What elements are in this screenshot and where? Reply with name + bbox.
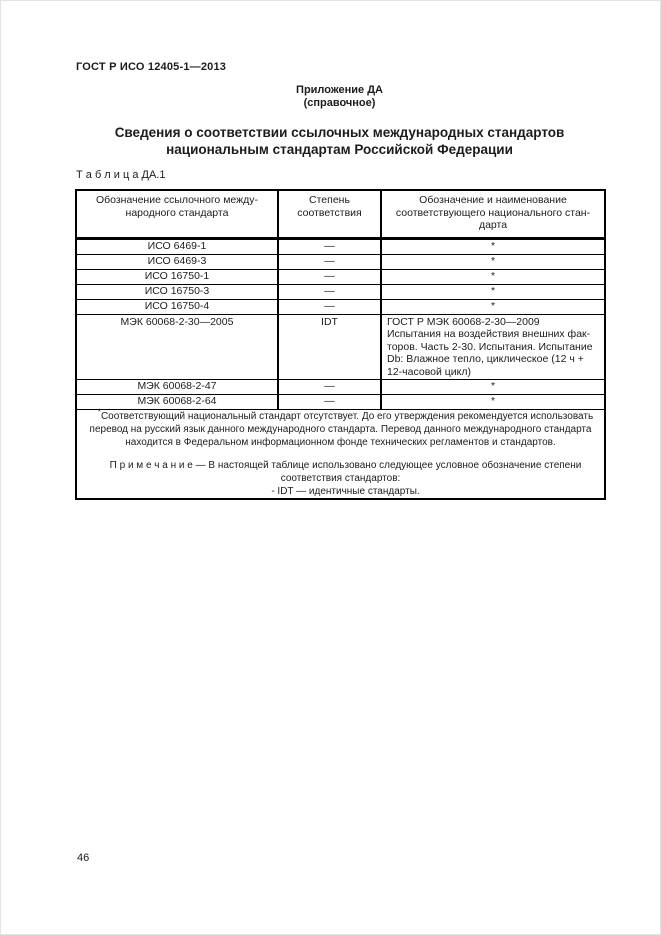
- section-title-line2: национальным стандартам Российской Федер…: [75, 141, 604, 158]
- correspondence-table: Обозначение ссылочного между- народного …: [75, 189, 606, 500]
- national-standard-cell: ГОСТ Р МЭК 60068-2-30—2009 Испытания на …: [381, 315, 605, 380]
- ref-standard-cell: ИСО 16750-4: [76, 300, 278, 315]
- ref-standard-cell: ИСО 16750-1: [76, 270, 278, 285]
- national-standard-cell: *: [381, 239, 605, 255]
- document-code: ГОСТ Р ИСО 12405-1—2013: [76, 61, 226, 73]
- table-row: МЭК 60068-2-47 — *: [76, 380, 605, 395]
- section-title: Сведения о соответствии ссылочных междун…: [75, 124, 604, 158]
- national-standard-cell: *: [381, 285, 605, 300]
- degree-cell: —: [278, 285, 381, 300]
- degree-cell: —: [278, 300, 381, 315]
- ref-standard-cell: ИСО 6469-1: [76, 239, 278, 255]
- national-standard-cell: *: [381, 300, 605, 315]
- national-standard-cell: *: [381, 270, 605, 285]
- table-label: Т а б л и ц а ДА.1: [76, 169, 165, 181]
- ref-standard-cell: ИСО 16750-3: [76, 285, 278, 300]
- national-standard-code: ГОСТ Р МЭК 60068-2-30—2009: [387, 316, 600, 328]
- column-header-national-standard: Обозначение и наименование соответствующ…: [381, 190, 605, 239]
- document-page: ГОСТ Р ИСО 12405-1—2013 Приложение ДА (с…: [0, 0, 661, 935]
- ref-standard-cell: МЭК 60068-2-30—2005: [76, 315, 278, 380]
- column-header-reference-standard: Обозначение ссылочного между- народного …: [76, 190, 278, 239]
- national-standard-cell: *: [381, 380, 605, 395]
- appendix-title: Приложение ДА: [75, 84, 604, 96]
- degree-cell: —: [278, 380, 381, 395]
- footnote-text: Соответствующий национальный стандарт от…: [90, 411, 594, 448]
- table-row: ИСО 16750-1 — *: [76, 270, 605, 285]
- degree-cell: IDT: [278, 315, 381, 380]
- national-standard-cell: *: [381, 255, 605, 270]
- note-paragraph: П р и м е ч а н и е — В настоящей таблиц…: [79, 459, 602, 485]
- degree-cell: —: [278, 395, 381, 410]
- table-row: МЭК 60068-2-30—2005 IDT ГОСТ Р МЭК 60068…: [76, 315, 605, 380]
- table-header-row: Обозначение ссылочного между- народного …: [76, 190, 605, 239]
- national-standard-cell: *: [381, 395, 605, 410]
- appendix-subtitle: (справочное): [75, 97, 604, 109]
- table-row: ИСО 16750-3 — *: [76, 285, 605, 300]
- footnote-paragraph: *Соответствующий национальный стандарт о…: [79, 410, 602, 449]
- table-footnote-row: *Соответствующий национальный стандарт о…: [76, 410, 605, 500]
- table-footnote: *Соответствующий национальный стандарт о…: [76, 410, 605, 500]
- national-standard-description: Испытания на воздействия внешних фак- то…: [387, 328, 600, 378]
- table-row: ИСО 16750-4 — *: [76, 300, 605, 315]
- ref-standard-cell: МЭК 60068-2-64: [76, 395, 278, 410]
- degree-cell: —: [278, 255, 381, 270]
- page-number: 46: [77, 852, 89, 864]
- degree-cell: —: [278, 239, 381, 255]
- table-row: МЭК 60068-2-64 — *: [76, 395, 605, 410]
- table-row: ИСО 6469-1 — *: [76, 239, 605, 255]
- ref-standard-cell: ИСО 6469-3: [76, 255, 278, 270]
- column-header-degree: Степень соответствия: [278, 190, 381, 239]
- table-row: ИСО 6469-3 — *: [76, 255, 605, 270]
- note-item-idt: - IDT — идентичные стандарты.: [79, 485, 602, 498]
- section-title-line1: Сведения о соответствии ссылочных междун…: [75, 124, 604, 141]
- degree-cell: —: [278, 270, 381, 285]
- ref-standard-cell: МЭК 60068-2-47: [76, 380, 278, 395]
